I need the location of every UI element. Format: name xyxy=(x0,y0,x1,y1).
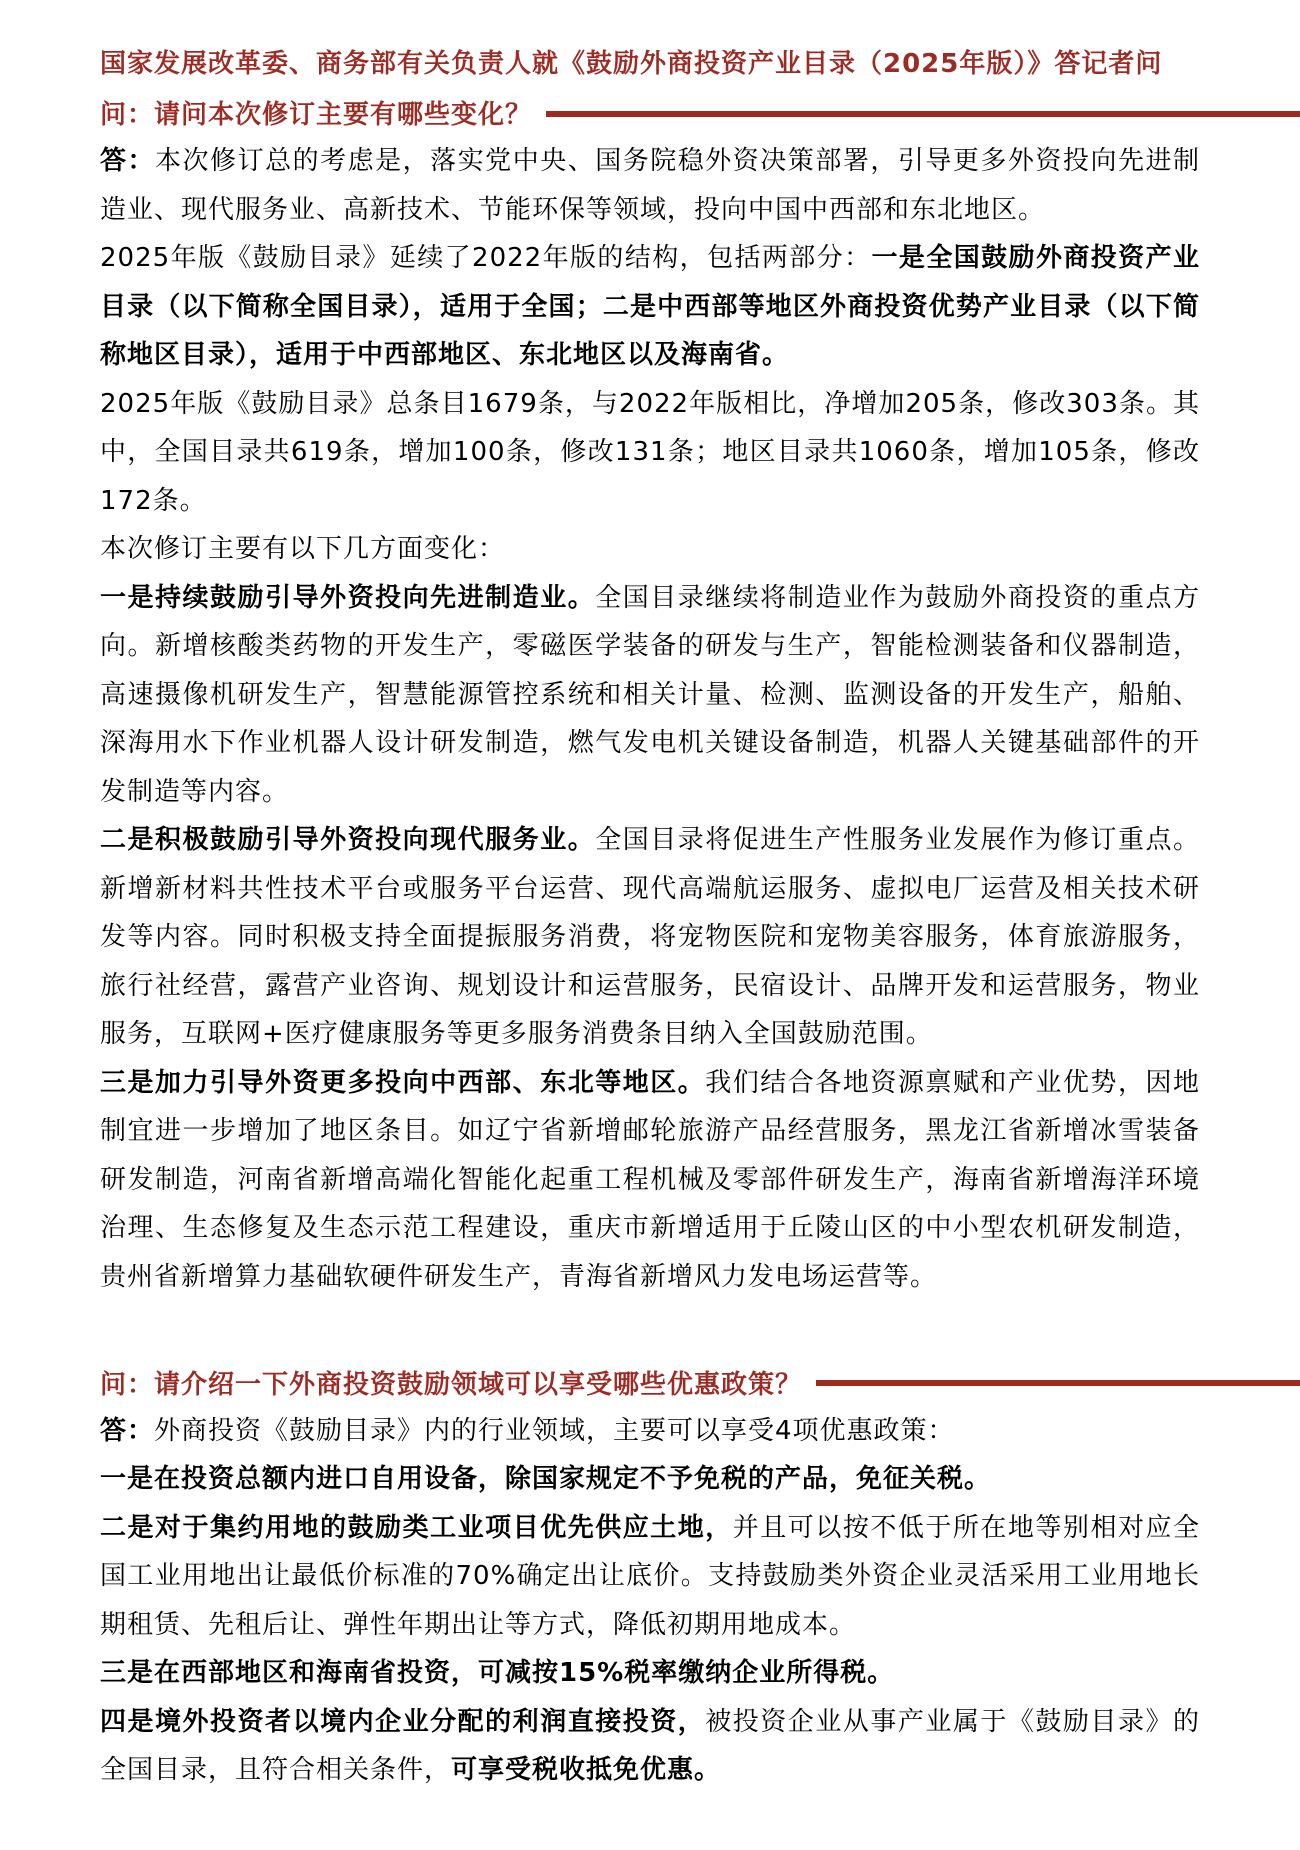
answer-paragraph: 三是加力引导外资更多投向中西部、东北等地区。我们结合各地资源禀赋和产业优势，因地… xyxy=(100,1059,1200,1302)
paragraph-lead-bold: 二是对于集约用地的鼓励类工业项目优先供应土地， xyxy=(100,1513,733,1543)
paragraph-text: 我们结合各地资源禀赋和产业优势，因地制宜进一步增加了地区条目。如辽宁省新增邮轮旅… xyxy=(100,1068,1200,1292)
answer-paragraph: 一是在投资总额内进口自用设备，除国家规定不予免税的产品，免征关税。 xyxy=(100,1455,1200,1504)
answer-paragraph: 答：本次修订总的考虑是，落实党中央、国务院稳外资决策部署，引导更多外资投向先进制… xyxy=(100,137,1200,234)
paragraph-text: 全国目录将促进生产性服务业发展作为修订重点。新增新材料共性技术平台或服务平台运营… xyxy=(100,825,1200,1049)
answer-paragraph: 二是积极鼓励引导外资投向现代服务业。全国目录将促进生产性服务业发展作为修订重点。… xyxy=(100,816,1200,1059)
paragraph-text: 全国目录继续将制造业作为鼓励外商投资的重点方向。新增核酸类药物的开发生产，零磁医… xyxy=(100,583,1200,807)
answer-paragraph: 答：外商投资《鼓励目录》内的行业领域，主要可以享受4项优惠政策： xyxy=(100,1407,1200,1456)
answer-paragraph: 四是境外投资者以境内企业分配的利润直接投资，被投资企业从事产业属于《鼓励目录》的… xyxy=(100,1698,1200,1795)
question-rule-line xyxy=(816,1380,1300,1386)
paragraph-lead-bold: 二是积极鼓励引导外资投向现代服务业。 xyxy=(100,825,595,855)
answer-paragraph: 二是对于集约用地的鼓励类工业项目优先供应土地，并且可以按不低于所在地等别相对应全… xyxy=(100,1504,1200,1650)
answer-paragraph: 2025年版《鼓励目录》总条目1679条，与2022年版相比，净增加205条，修… xyxy=(100,380,1200,526)
answer-paragraph: 三是在西部地区和海南省投资，可减按15%税率缴纳企业所得税。 xyxy=(100,1649,1200,1698)
paragraph-text: 2025年版《鼓励目录》延续了2022年版的结构，包括两部分： xyxy=(100,243,872,273)
article-body: 国家发展改革委、商务部有关负责人就《鼓励外商投资产业目录（2025年版）》答记者… xyxy=(0,40,1300,1795)
answer-label: 答： xyxy=(100,1416,154,1446)
question-heading-2: 问：请介绍一下外商投资鼓励领域可以享受哪些优惠政策？ xyxy=(100,1358,1300,1407)
document-page: 国家发展改革委、商务部有关负责人就《鼓励外商投资产业目录（2025年版）》答记者… xyxy=(0,0,1300,1850)
paragraph-text: 外商投资《鼓励目录》内的行业领域，主要可以享受4项优惠政策： xyxy=(154,1416,955,1446)
paragraph-text: 本次修订主要有以下几方面变化： xyxy=(100,534,505,564)
paragraph-text: 2025年版《鼓励目录》总条目1679条，与2022年版相比，净增加205条，修… xyxy=(100,389,1200,516)
question-rule-line xyxy=(546,111,1300,117)
question-heading-1: 问：请问本次修订主要有哪些变化？ xyxy=(100,89,1300,138)
answer-paragraph: 2025年版《鼓励目录》延续了2022年版的结构，包括两部分：一是全国鼓励外商投… xyxy=(100,234,1200,380)
question-1-text: 问：请问本次修订主要有哪些变化？ xyxy=(100,94,532,131)
paragraph-bold-text: 可享受税收抵免优惠。 xyxy=(451,1755,721,1785)
paragraph-text: 本次修订总的考虑是，落实党中央、国务院稳外资决策部署，引导更多外资投向先进制造业… xyxy=(100,146,1200,225)
paragraph-bold-text: 三是在西部地区和海南省投资，可减按15%税率缴纳企业所得税。 xyxy=(100,1658,894,1688)
answer-paragraph: 本次修订主要有以下几方面变化： xyxy=(100,525,1200,574)
paragraph-lead-bold: 四是境外投资者以境内企业分配的利润直接投资， xyxy=(100,1707,705,1737)
paragraph-lead-bold: 一是持续鼓励引导外资投向先进制造业。 xyxy=(100,583,595,613)
question-2-text: 问：请介绍一下外商投资鼓励领域可以享受哪些优惠政策？ xyxy=(100,1364,802,1401)
article-title: 国家发展改革委、商务部有关负责人就《鼓励外商投资产业目录（2025年版）》答记者… xyxy=(100,40,1200,89)
paragraph-bold-text: 一是在投资总额内进口自用设备，除国家规定不予免税的产品，免征关税。 xyxy=(100,1464,991,1494)
answer-label: 答： xyxy=(100,146,155,176)
answer-paragraph: 一是持续鼓励引导外资投向先进制造业。全国目录继续将制造业作为鼓励外商投资的重点方… xyxy=(100,574,1200,817)
paragraph-lead-bold: 三是加力引导外资更多投向中西部、东北等地区。 xyxy=(100,1068,705,1098)
